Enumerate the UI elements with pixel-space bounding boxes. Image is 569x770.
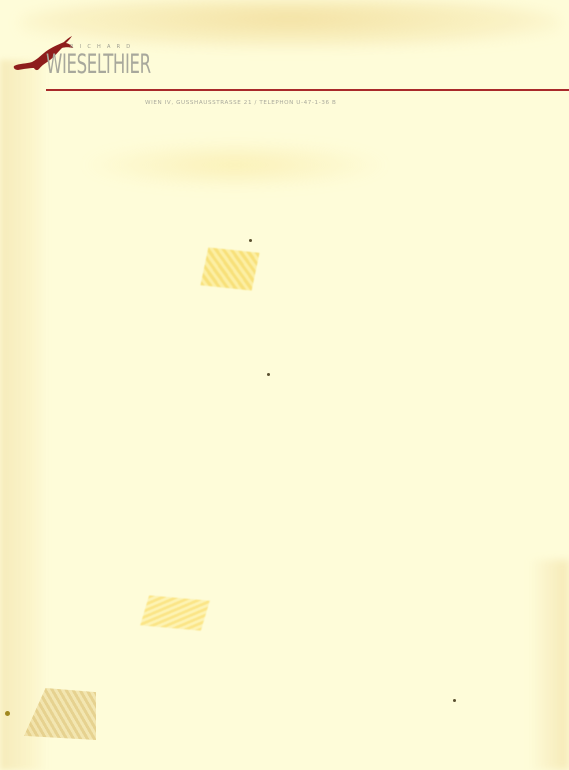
letterhead-address: WIEN IV, GUSSHAUSSTRASSE 21 / TELEPHON U… <box>145 100 336 106</box>
letterhead: RICHARD WIESELTHIER WIEN IV, GUSSHAUSSTR… <box>0 0 569 120</box>
letter-page: RICHARD WIESELTHIER WIEN IV, GUSSHAUSSTR… <box>0 0 569 770</box>
water-stain-right-edge <box>529 560 569 770</box>
speck <box>453 699 456 702</box>
speck <box>249 239 252 242</box>
tape-residue-2 <box>140 595 210 630</box>
letterhead-rule <box>46 89 569 91</box>
speck <box>5 711 10 716</box>
water-stain-left-edge <box>0 60 48 770</box>
tape-residue-1 <box>200 247 259 290</box>
speck <box>267 373 270 376</box>
water-stain-middle <box>80 140 390 190</box>
brand-surname: WIESELTHIER <box>46 51 151 78</box>
